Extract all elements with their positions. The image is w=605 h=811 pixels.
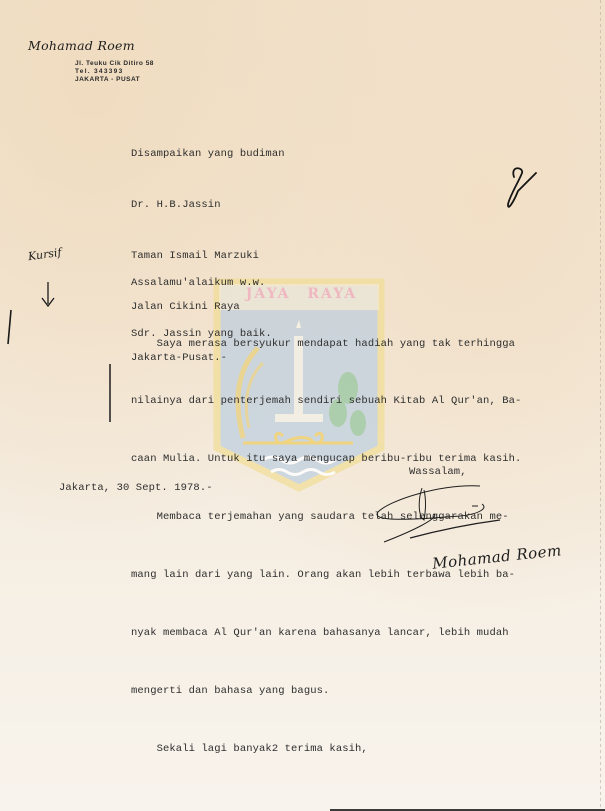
place-date: Jakarta, 30 Sept. 1978.- (59, 480, 213, 497)
margin-mark-line (106, 362, 114, 424)
body-line: Sekali lagi banyak2 terima kasih, (131, 740, 521, 759)
arrow-down-icon (38, 280, 58, 310)
handwritten-page-number-mark (500, 163, 540, 213)
letterhead-telephone: Tel. 343393 (75, 68, 124, 75)
letterhead-name: Mohamad Roem (28, 38, 135, 53)
page-edge (600, 0, 601, 811)
body-line: mengerti dan bahasa yang bagus. (131, 682, 521, 701)
body-line: nilainya dari penterjemah sendiri sebuah… (131, 392, 521, 411)
salutation: Assalamu'alaikum w.w. (131, 275, 272, 292)
signature-scribble (360, 470, 510, 550)
letterhead-address: Jl. Teuku Cik Ditiro 58 (75, 60, 154, 67)
body-line: nyak membaca Al Qur'an karena bahasanya … (131, 624, 521, 643)
recipient-line: Disampaikan yang budiman (131, 146, 285, 163)
letterhead-city: JAKARTA - PUSAT (75, 76, 140, 83)
body-line: Saya merasa bersyukur mendapat hadiah ya… (131, 335, 521, 354)
margin-mark-line (4, 308, 14, 348)
recipient-line: Dr. H.B.Jassin (131, 197, 285, 214)
